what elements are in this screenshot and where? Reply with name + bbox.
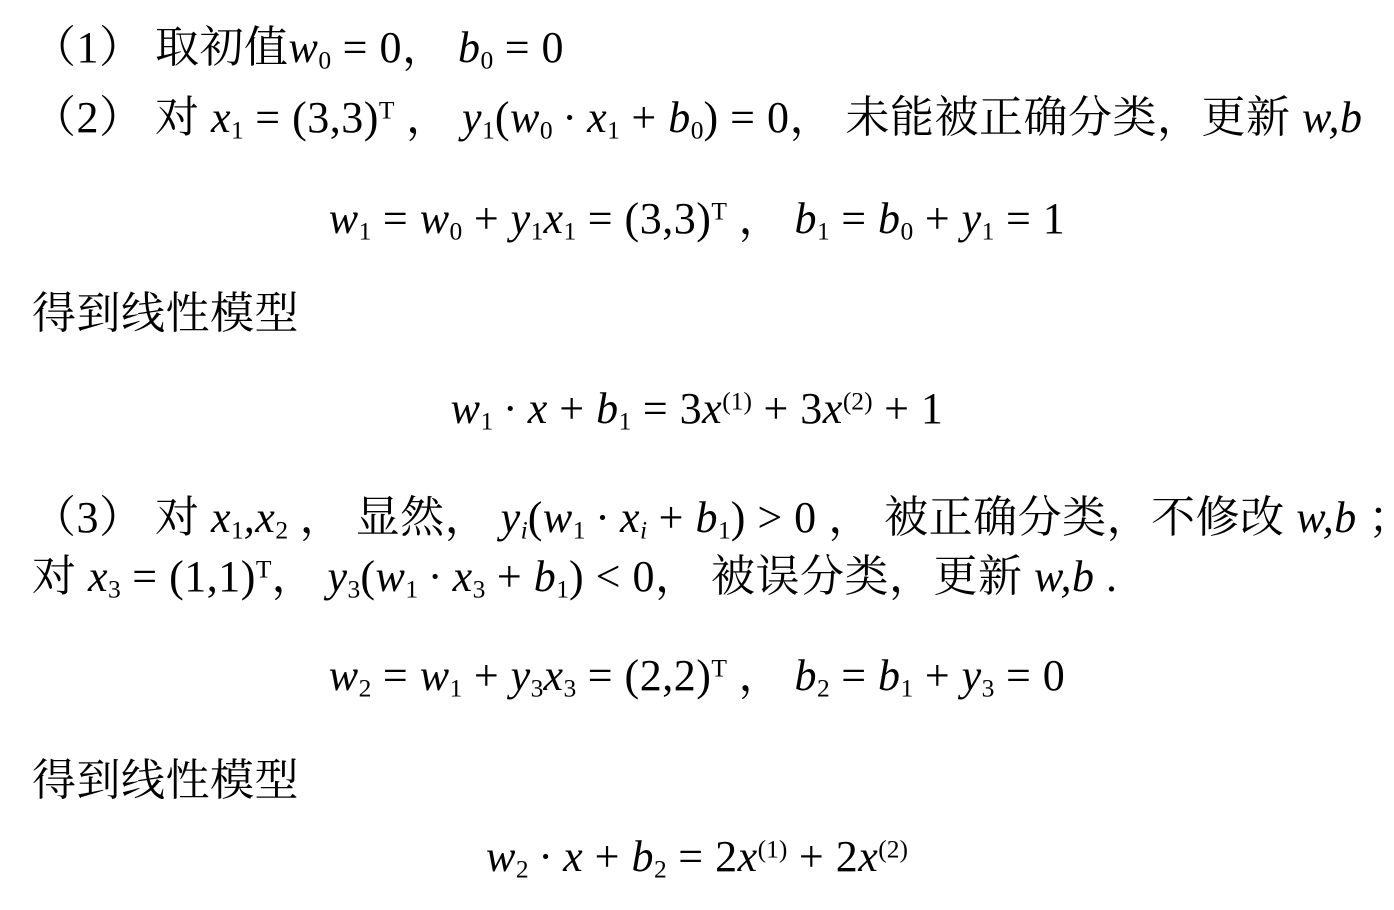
math-token: b1 [695,493,730,542]
math-token: + [548,384,596,433]
text-run: 对 [32,552,88,601]
subscript: 1 [531,217,544,246]
math-token: + [462,194,510,243]
math-token: , [1329,93,1341,142]
math-token: = [371,194,419,243]
subscript: 2 [516,855,529,884]
math-token: x [528,384,548,433]
math-token: x(1) [702,384,752,433]
math-token: x [563,832,583,881]
document-page: （1） 取初值w0 = 0， b0 = 0 （2） 对 x1 = (3,3)T … [0,0,1394,910]
line-step-3-part-1: （3） 对 x1,x2 ， 显然， yi(w1 ∙ xi + b1) > 0 ，… [32,492,1384,545]
math-token: y3 [511,651,544,700]
subscript: 1 [482,116,495,145]
text-run: ， 未能被正确分类，更新 [789,93,1302,142]
math-token: b0 [458,23,493,72]
math-token: = 3 [631,384,702,433]
subscript: 0 [318,46,331,75]
math-token: w [1302,93,1329,142]
text-run: ， 被误分类，更新 [655,552,1034,601]
subscript: 3 [531,674,544,703]
math-token: ∙ [418,552,453,601]
math-token: = 1 [994,194,1065,243]
text-run: （1） 取初值 [32,23,289,72]
math-token: y1 [962,194,995,243]
subscript: 3 [563,674,576,703]
subscript: 1 [817,217,830,246]
math-token: + 1 [873,384,944,433]
math-token: = [830,194,878,243]
math-token: ∙ [553,93,588,142]
math-token: w1 [329,194,372,243]
superscript: T [379,96,395,125]
math-token: = [371,651,419,700]
math-token: x1 [211,93,244,142]
math-token: b [1334,493,1357,542]
subscript: 1 [619,407,632,436]
subscript: 2 [654,855,667,884]
math-token: b1 [794,194,829,243]
subscript: 1 [450,674,463,703]
superscript: T [711,197,727,226]
math-token: + [485,552,533,601]
equation-linear-model-1: w1 ∙ x + b1 = 3x(1) + 3x(2) + 1 [0,383,1394,436]
math-token: b1 [878,651,913,700]
math-token: w0 [420,194,463,243]
text-run: ， [402,23,458,72]
subscript: 3 [982,674,995,703]
subscript: 1 [563,217,576,246]
math-token: ∙ [529,832,564,881]
math-token: x2 [255,493,288,542]
equation-update-w1-b1: w1 = w0 + y1x1 = (3,3)T ， b1 = b0 + y1 =… [0,193,1394,246]
subscript: 1 [573,516,586,545]
math-token: b1 [534,552,569,601]
math-token: + [913,651,961,700]
subscript: 1 [556,575,569,604]
math-token: b0 [668,93,703,142]
math-token: x(1) [738,832,788,881]
math-token: x1 [587,93,620,142]
superscript: T [256,555,272,584]
superscript: (2) [878,835,908,864]
math-token: , [244,493,256,542]
math-token: y3 [962,651,995,700]
math-token: x3 [88,552,121,601]
math-token: + 2 [787,832,858,881]
subscript: 0 [450,217,463,246]
subscript: 1 [359,217,372,246]
math-token: x(2) [823,384,873,433]
math-token: w1 [375,552,418,601]
math-token: y1 [462,93,495,142]
text-run: ， [272,552,328,601]
math-token: = 0 [493,23,564,72]
math-token: w1 [451,384,494,433]
math-token: b2 [631,832,666,881]
math-token: y1 [511,194,544,243]
math-token: ) > 0 [731,493,817,542]
subscript: 1 [607,116,620,145]
math-token: + [620,93,668,142]
math-token: ) < 0 [569,552,655,601]
text-run: ， 显然， [288,493,501,542]
subscript: 0 [480,46,493,75]
math-token: b2 [794,651,829,700]
math-token: . [1095,552,1118,601]
superscript: (1) [722,387,752,416]
subscript: 2 [817,674,830,703]
math-token: yi [501,493,528,542]
math-token: + [462,651,510,700]
math-token: ( [528,493,543,542]
line-step-3-part-2: 对 x3 = (1,1)T， y3(w1 ∙ x3 + b1) < 0， 被误分… [32,551,1384,604]
text-run: ， [727,651,795,700]
line-model-intro-2: 得到线性模型 [32,755,1384,808]
math-token: = 2 [667,832,738,881]
math-token: x1 [543,194,576,243]
superscript: (2) [843,387,873,416]
text-run: （3） 对 [32,493,211,542]
math-token: = 0 [994,651,1065,700]
math-token: ∙ [493,384,528,433]
math-token: w0 [289,23,332,72]
math-token: + [647,493,695,542]
math-token: w2 [329,651,372,700]
subscript: i [521,516,528,545]
subscript: 3 [348,575,361,604]
text-run: ； [1357,493,1394,542]
math-token: + 3 [752,384,823,433]
text-run: ， 被正确分类，不修改 [817,493,1297,542]
subscript: 3 [473,575,486,604]
subscript: 1 [405,575,418,604]
math-token: = [830,651,878,700]
text-run: 得到线性模型 [32,756,299,805]
math-token: x(2) [858,832,908,881]
math-token: w [1296,493,1323,542]
math-token: xi [620,493,647,542]
math-token: ( [495,93,510,142]
text-run: （2） 对 [32,93,211,142]
subscript: 1 [231,116,244,145]
math-token: b0 [878,194,913,243]
math-token: y3 [328,552,361,601]
text-run: ， [395,93,463,142]
math-token: w1 [420,651,463,700]
math-token: = (3,3)T [576,194,727,243]
equation-linear-model-2: w2 ∙ x + b2 = 2x(1) + 2x(2) [0,831,1394,884]
equation-update-w2-b2: w2 = w1 + y3x3 = (2,2)T ， b2 = b1 + y3 =… [0,650,1394,703]
line-step-1: （1） 取初值w0 = 0， b0 = 0 [32,22,1384,75]
math-token: w2 [486,832,529,881]
math-token: , [1323,493,1335,542]
subscript: 0 [901,217,914,246]
math-token: x1 [211,493,244,542]
math-token: b [1072,552,1095,601]
subscript: 2 [275,516,288,545]
math-token: = 0 [331,23,402,72]
math-token: b1 [596,384,631,433]
subscript: 2 [359,674,372,703]
subscript: 0 [691,116,704,145]
math-token: ) = 0 [703,93,789,142]
math-token: w1 [543,493,586,542]
math-token: + [913,194,961,243]
math-token: ( [360,552,375,601]
math-token: = (1,1)T [121,552,272,601]
math-token: b [1340,93,1363,142]
text-run: 得到线性模型 [32,289,299,338]
math-token: + [583,832,631,881]
subscript: 1 [718,516,731,545]
subscript: 1 [231,516,244,545]
text-run: ， [727,194,795,243]
math-token: , [1061,552,1073,601]
subscript: 1 [480,407,493,436]
math-token: w [1034,552,1061,601]
subscript: 0 [540,116,553,145]
math-token: ∙ [586,493,621,542]
subscript: 1 [982,217,995,246]
math-token: = (3,3)T [244,93,395,142]
superscript: (1) [758,835,788,864]
superscript: T [711,654,727,683]
line-model-intro-1: 得到线性模型 [32,288,1384,341]
line-step-2: （2） 对 x1 = (3,3)T ， y1(w0 ∙ x1 + b0) = 0… [32,92,1384,145]
subscript: 3 [108,575,121,604]
math-token: = (2,2)T [576,651,727,700]
math-token: x3 [453,552,486,601]
math-token: w0 [510,93,553,142]
math-token: x3 [543,651,576,700]
subscript: 1 [901,674,914,703]
